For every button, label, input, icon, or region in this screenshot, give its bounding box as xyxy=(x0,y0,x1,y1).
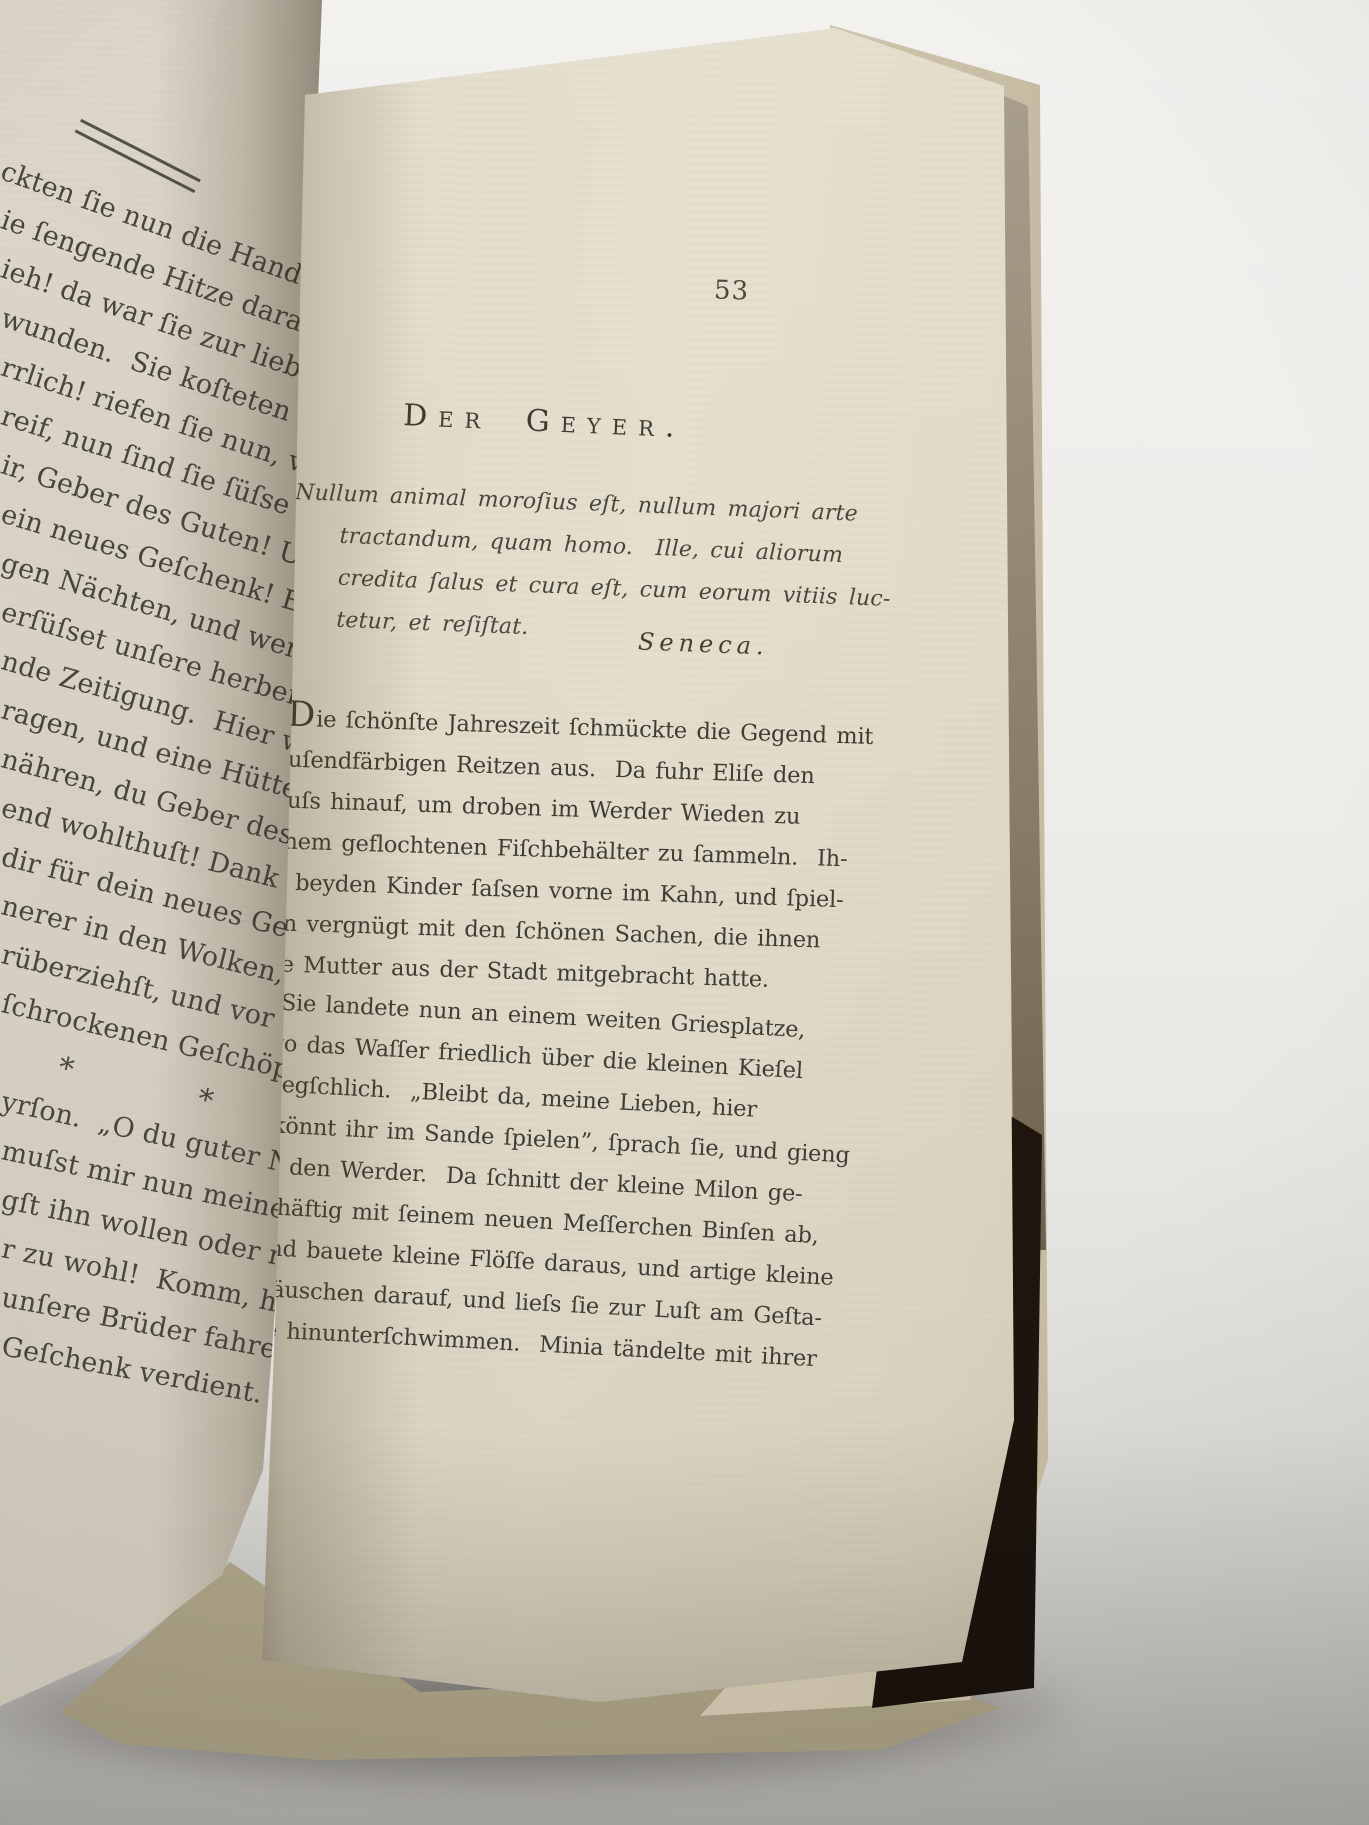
chapter-title: Der Geyer. xyxy=(402,398,686,445)
paragraph: Die ſchönſte Jahreszeit ſchmückte die Ge… xyxy=(259,694,848,1003)
epigraph: Nullum animal moroſius eſt, nullum major… xyxy=(290,472,895,663)
book-photo: ckten ſie nun die Hand auie ſengende Hit… xyxy=(0,0,1369,1825)
page-number: 53 xyxy=(713,275,749,306)
paragraph: Sie landete nun an einem weiten Griespla… xyxy=(249,982,848,1381)
epigraph-attribution: Seneca. xyxy=(638,628,770,661)
